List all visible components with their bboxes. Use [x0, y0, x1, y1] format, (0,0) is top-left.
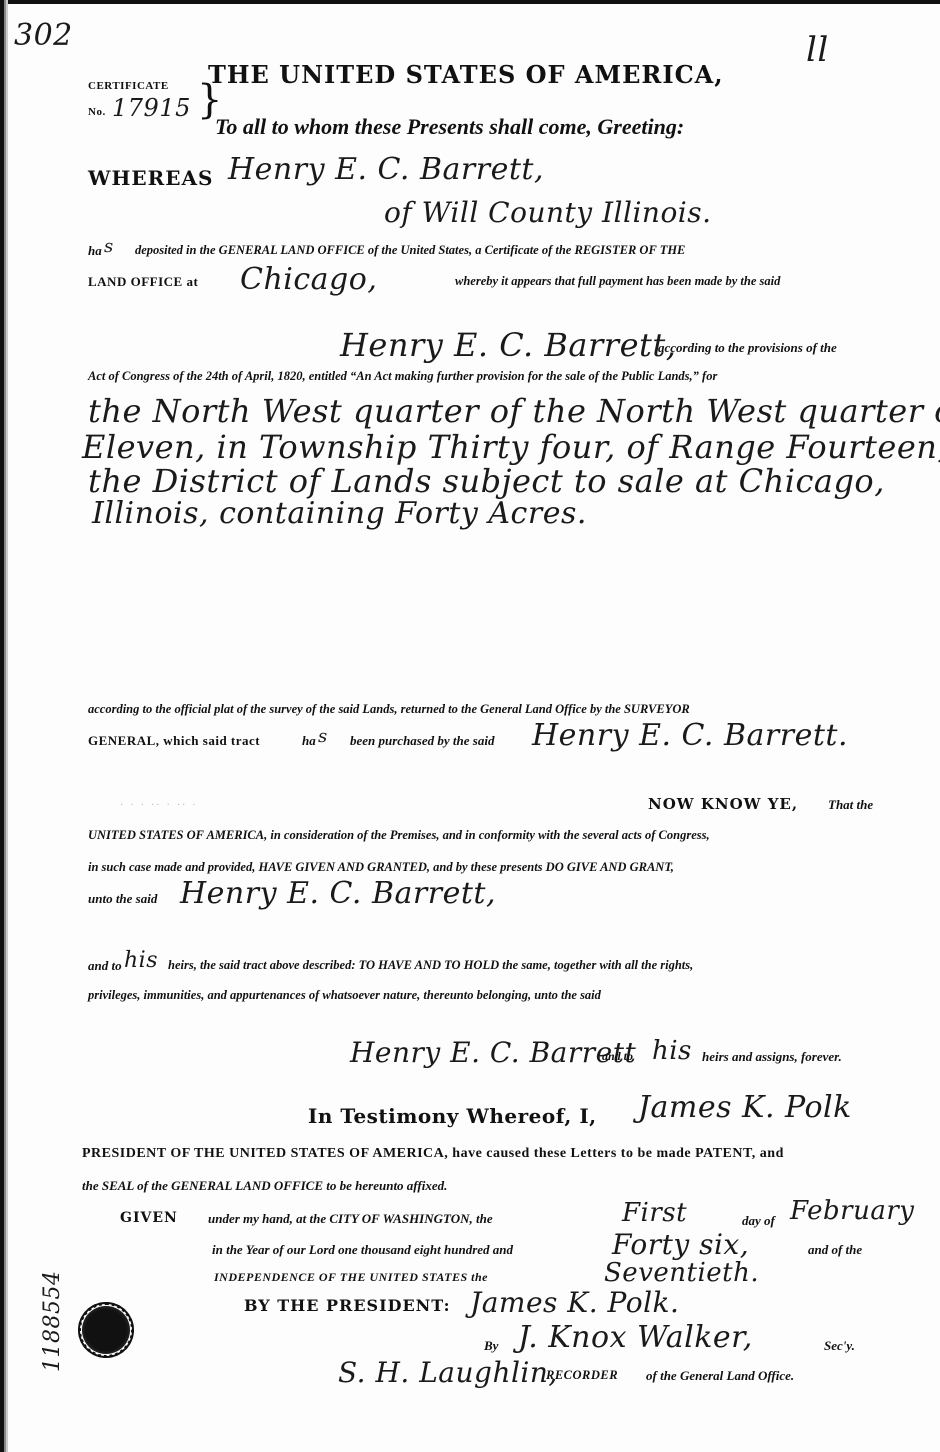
para1-line2-prefix: LAND OFFICE at	[88, 274, 198, 290]
day-of: day of	[742, 1213, 775, 1229]
para4-line1: heirs, the said tract above described: T…	[168, 958, 693, 973]
general-land-office-seal	[82, 1306, 130, 1354]
grantee-name-repeat-4: Henry E. C. Barrett	[350, 1036, 636, 1069]
whereas-label: WHEREAS	[88, 166, 213, 190]
para3-line1: UNITED STATES OF AMERICA, in considerati…	[88, 828, 710, 843]
margin-note-top-left: 302	[14, 18, 73, 53]
pronoun-handwritten-2: his	[652, 1036, 692, 1066]
para2-has-suffix-handwritten: s	[318, 726, 328, 747]
recorder-signature: S. H. Laughlin,	[338, 1356, 558, 1389]
grantee-name-repeat-2: Henry E. C. Barrett.	[532, 718, 848, 753]
faded-text-mark: · · · ·· · ·· ·	[120, 800, 198, 811]
certificate-number: 17915	[112, 94, 191, 122]
land-description-line-2: Eleven, in Township Thirty four, of Rang…	[82, 428, 940, 466]
has-prefix: ha	[88, 243, 102, 259]
para4-line3-suffix: heirs and assigns, forever.	[702, 1049, 842, 1065]
now-know-ye: NOW KNOW YE,	[648, 795, 798, 813]
certificate-no-label: No.	[88, 106, 106, 118]
land-office-name: Chicago,	[240, 262, 377, 297]
para1-line3-suffix: according to the provisions of the	[658, 340, 837, 356]
side-serial-number: 1188554	[40, 1271, 65, 1372]
land-description-line-3: the District of Lands subject to sale at…	[88, 462, 885, 500]
secretary-signature: J. Knox Walker,	[518, 1320, 753, 1355]
given-line3-prefix: INDEPENDENCE OF THE UNITED STATES the	[214, 1270, 488, 1285]
president-signature-1: James K. Polk	[638, 1090, 852, 1125]
grantee-name-repeat-1: Henry E. C. Barrett,	[340, 326, 676, 364]
in-testimony-whereof: In Testimony Whereof, I,	[308, 1104, 597, 1128]
given-line2-suffix: and of the	[808, 1242, 862, 1258]
testimony-line1: PRESIDENT OF THE UNITED STATES OF AMERIC…	[82, 1146, 784, 1162]
land-patent-document: 302 ll CERTIFICATE No. 17915 } THE UNITE…	[0, 0, 940, 1452]
grantee-residence: of Will County Illinois.	[384, 196, 712, 229]
document-left-border	[0, 0, 8, 1452]
recorder-suffix: of the General Land Office.	[646, 1368, 794, 1384]
given-year-words: Forty six,	[612, 1228, 749, 1261]
para1-line4: Act of Congress of the 24th of April, 18…	[88, 369, 717, 384]
has-suffix-handwritten: s	[104, 236, 114, 257]
para1-line1: deposited in the GENERAL LAND OFFICE of …	[135, 243, 685, 258]
para1-line2-suffix: whereby it appears that full payment has…	[455, 274, 780, 289]
pronoun-handwritten: his	[124, 948, 158, 973]
greeting: To all to whom these Presents shall come…	[215, 114, 684, 140]
document-top-border	[0, 0, 940, 4]
grantee-name: Henry E. C. Barrett,	[228, 152, 544, 187]
that-the: That the	[828, 797, 873, 813]
para3-line3-prefix: unto the said	[88, 891, 157, 907]
para2-has-prefix: ha	[302, 733, 316, 749]
given-line1: under my hand, at the CITY OF WASHINGTON…	[208, 1211, 493, 1227]
given-day: First	[622, 1198, 687, 1228]
grantee-name-repeat-3: Henry E. C. Barrett,	[180, 876, 496, 911]
given-line2-prefix: in the Year of our Lord one thousand eig…	[212, 1242, 513, 1258]
given-month: February	[790, 1196, 914, 1226]
para2-line1: according to the official plat of the su…	[88, 702, 690, 717]
by-the-president: BY THE PRESIDENT:	[244, 1296, 451, 1315]
president-signature-2: James K. Polk.	[470, 1286, 679, 1319]
given-label: GIVEN	[120, 1210, 178, 1226]
by-label: By	[484, 1338, 498, 1354]
land-description-line-1: the North West quarter of the North West…	[88, 392, 940, 430]
and-to: and to	[88, 958, 122, 974]
independence-year: Seventieth.	[604, 1258, 759, 1288]
para3-line2: in such case made and provided, HAVE GIV…	[88, 860, 674, 875]
para2-line2-prefix: GENERAL, which said tract	[88, 733, 260, 749]
secretary-title: Sec'y.	[824, 1338, 855, 1354]
document-heading: THE UNITED STATES OF AMERICA,	[208, 60, 724, 89]
margin-note-top-right: ll	[806, 30, 829, 70]
land-description-line-4: Illinois, containing Forty Acres.	[92, 496, 587, 531]
recorder-title: RECORDER	[546, 1368, 618, 1383]
and-to-2: and to	[602, 1049, 633, 1064]
para4-line2: privileges, immunities, and appurtenance…	[88, 988, 601, 1003]
para2-line2-mid: been purchased by the said	[350, 733, 494, 749]
certificate-label: CERTIFICATE	[88, 80, 169, 92]
testimony-line2: the SEAL of the GENERAL LAND OFFICE to b…	[82, 1178, 447, 1194]
